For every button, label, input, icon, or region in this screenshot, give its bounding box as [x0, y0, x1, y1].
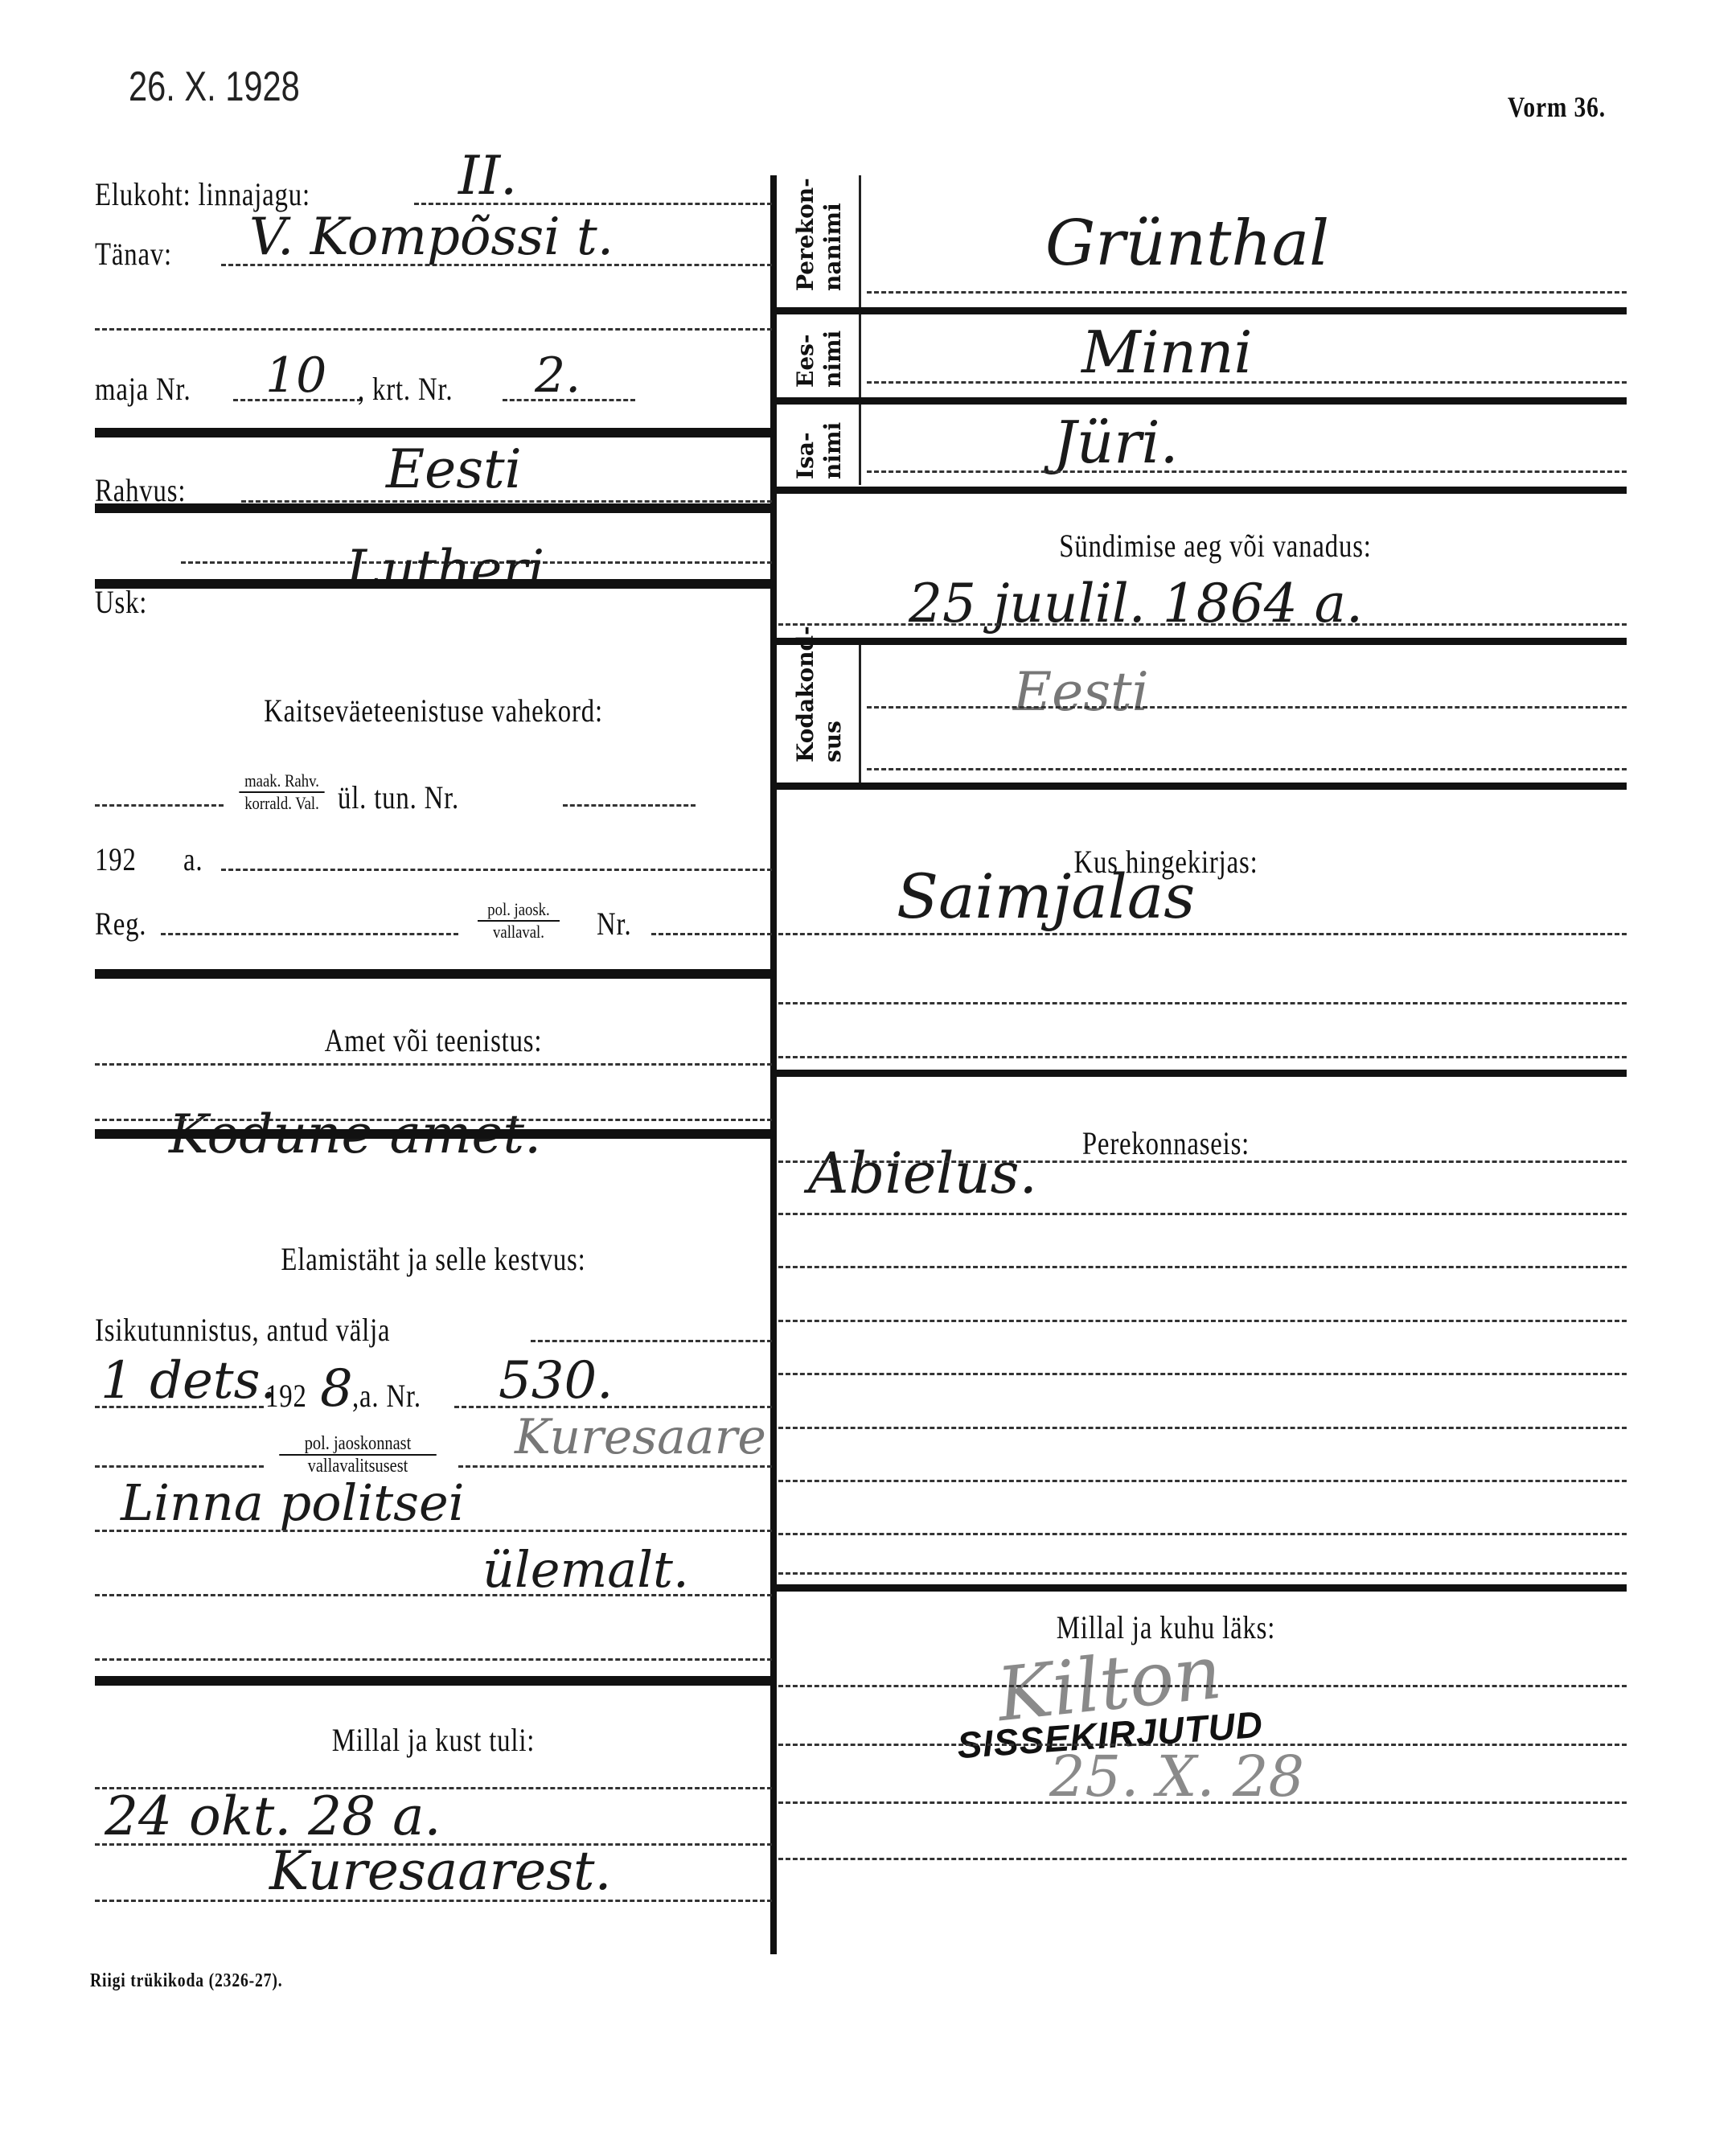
- citizenship-value: Eesti: [1013, 661, 1149, 723]
- departure-line-1: [778, 1685, 1627, 1687]
- marital-line-3: [778, 1266, 1627, 1268]
- street-value: V. Kompõssi t.: [249, 207, 614, 267]
- surname-value: Grünthal: [1045, 207, 1329, 280]
- issuer-line-1b: [458, 1465, 772, 1468]
- parish-line-3: [778, 1056, 1627, 1058]
- section-rule: [772, 1584, 1627, 1592]
- reg-number-line: [651, 933, 772, 935]
- parish-register-value: Saimjalas: [897, 861, 1195, 932]
- marital-line-6: [778, 1427, 1627, 1429]
- military-year-prefix: 192: [95, 840, 137, 878]
- father-name-line: [867, 470, 1627, 473]
- military-authority-fraction: maak. Rahv. korrald. Val.: [239, 770, 324, 814]
- first-name-value: Minni: [1081, 318, 1253, 386]
- departure-line-4: [778, 1858, 1627, 1860]
- section-rule: [772, 307, 1627, 314]
- section-rule: [95, 428, 772, 437]
- house-label: maja Nr.: [95, 370, 191, 408]
- issue-year-prefix: 192: [265, 1377, 307, 1415]
- section-rule: [772, 638, 1627, 645]
- id-number-value: 530.: [499, 1351, 614, 1411]
- registration-date-stamp: 26. X. 1928: [129, 63, 300, 111]
- first-name-line: [867, 381, 1627, 384]
- reg-nr-label: Nr.: [597, 905, 631, 943]
- marital-line-2: [778, 1213, 1627, 1215]
- marital-line-9: [778, 1572, 1627, 1575]
- birth-title: Sündimise aeg või vanadus:: [878, 527, 1553, 565]
- section-rule: [772, 1070, 1627, 1077]
- issuer-fraction: pol. jaoskonnast vallavalitsusest: [279, 1433, 437, 1477]
- arrival-title: Millal ja kust tuli:: [156, 1721, 711, 1759]
- section-rule: [95, 969, 772, 979]
- section-rule: [95, 1676, 772, 1686]
- issue-date-value: 1 dets.: [101, 1351, 277, 1411]
- military-year-suffix: a.: [183, 840, 203, 878]
- father-name-value: Jüri.: [1053, 409, 1179, 476]
- religion-value: Lutheri: [346, 539, 544, 601]
- apartment-value: 2.: [535, 347, 581, 404]
- marital-line-5: [778, 1373, 1627, 1375]
- arrival-origin-value: Kuresaarest.: [269, 1840, 612, 1902]
- section-rule: [772, 397, 1627, 405]
- apartment-label: , krt. Nr.: [358, 370, 453, 408]
- occupation-title: Amet või teenistus:: [156, 1021, 711, 1059]
- printer-imprint: Riigi trükikoda (2326-27).: [90, 1970, 282, 1992]
- pencil-date: 25. X. 28: [1049, 1744, 1304, 1810]
- citizenship-label: Kodakond- sus: [792, 626, 847, 762]
- marital-status-value: Abielus.: [808, 1140, 1037, 1206]
- surname-label: Perekon- nanimi: [792, 178, 847, 291]
- label-divider: [859, 175, 861, 409]
- section-rule: [95, 579, 772, 589]
- military-number-line: [563, 804, 696, 807]
- id-card-line: [531, 1340, 772, 1342]
- marital-line-8: [778, 1533, 1627, 1535]
- religion-label: Usk:: [95, 583, 147, 621]
- id-card-label: Isikutunnistus, antud välja: [95, 1311, 390, 1349]
- section-rule: [772, 487, 1627, 494]
- citizenship-line-1: [867, 706, 1627, 709]
- first-name-label: Ees- nimi: [792, 331, 847, 388]
- issuer-line-3: [95, 1594, 772, 1596]
- arrival-line-3: [95, 1900, 772, 1902]
- citizenship-line-2: [867, 768, 1627, 770]
- marital-line-4: [778, 1320, 1627, 1322]
- district-value: II.: [458, 145, 517, 207]
- parish-line-2: [778, 1002, 1627, 1004]
- form-number: Vorm 36.: [1508, 90, 1606, 124]
- arrival-date-value: 24 okt. 28 a.: [105, 1785, 441, 1847]
- birth-line: [778, 623, 1627, 626]
- issuer-value-3: ülemalt.: [482, 1540, 689, 1599]
- departure-line-3: [778, 1801, 1627, 1804]
- marital-line-1: [778, 1160, 1627, 1163]
- street-label: Tänav:: [95, 235, 172, 273]
- occupation-line-1: [95, 1063, 772, 1066]
- surname-line: [867, 291, 1627, 294]
- issue-year-digit: 8: [320, 1359, 353, 1419]
- section-rule: [772, 783, 1627, 790]
- father-name-label: Isa- nimi: [792, 422, 847, 479]
- issuer-line-2: [95, 1530, 772, 1532]
- reg-line: [161, 933, 458, 935]
- military-duty-label: ül. tun. Nr.: [338, 778, 459, 816]
- military-year-line: [221, 869, 772, 871]
- occupation-line-2: [95, 1119, 772, 1121]
- house-value: 10: [265, 347, 326, 404]
- reg-authority-fraction: pol. jaosk. vallaval.: [478, 899, 560, 943]
- street-line-2: [95, 328, 772, 331]
- issuer-value-2: Linna politsei: [121, 1473, 464, 1532]
- issue-year-suffix: ,a. Nr.: [352, 1377, 421, 1415]
- military-line-1: [95, 804, 224, 807]
- issuer-line-1a: [95, 1465, 264, 1468]
- issuer-value-1: Kuresaare: [515, 1409, 766, 1465]
- nationality-value: Eesti: [386, 438, 522, 500]
- nationality-line: [241, 500, 772, 503]
- section-rule: [95, 1129, 772, 1139]
- residence-permit-title: Elamistäht ja selle kestvus:: [156, 1240, 711, 1278]
- reg-label: Reg.: [95, 905, 146, 943]
- parish-line-1: [778, 933, 1627, 935]
- section-rule: [95, 503, 772, 513]
- issuer-line-4: [95, 1658, 772, 1661]
- marital-line-7: [778, 1480, 1627, 1482]
- military-title: Kaitseväeteenistuse vahekord:: [156, 692, 711, 729]
